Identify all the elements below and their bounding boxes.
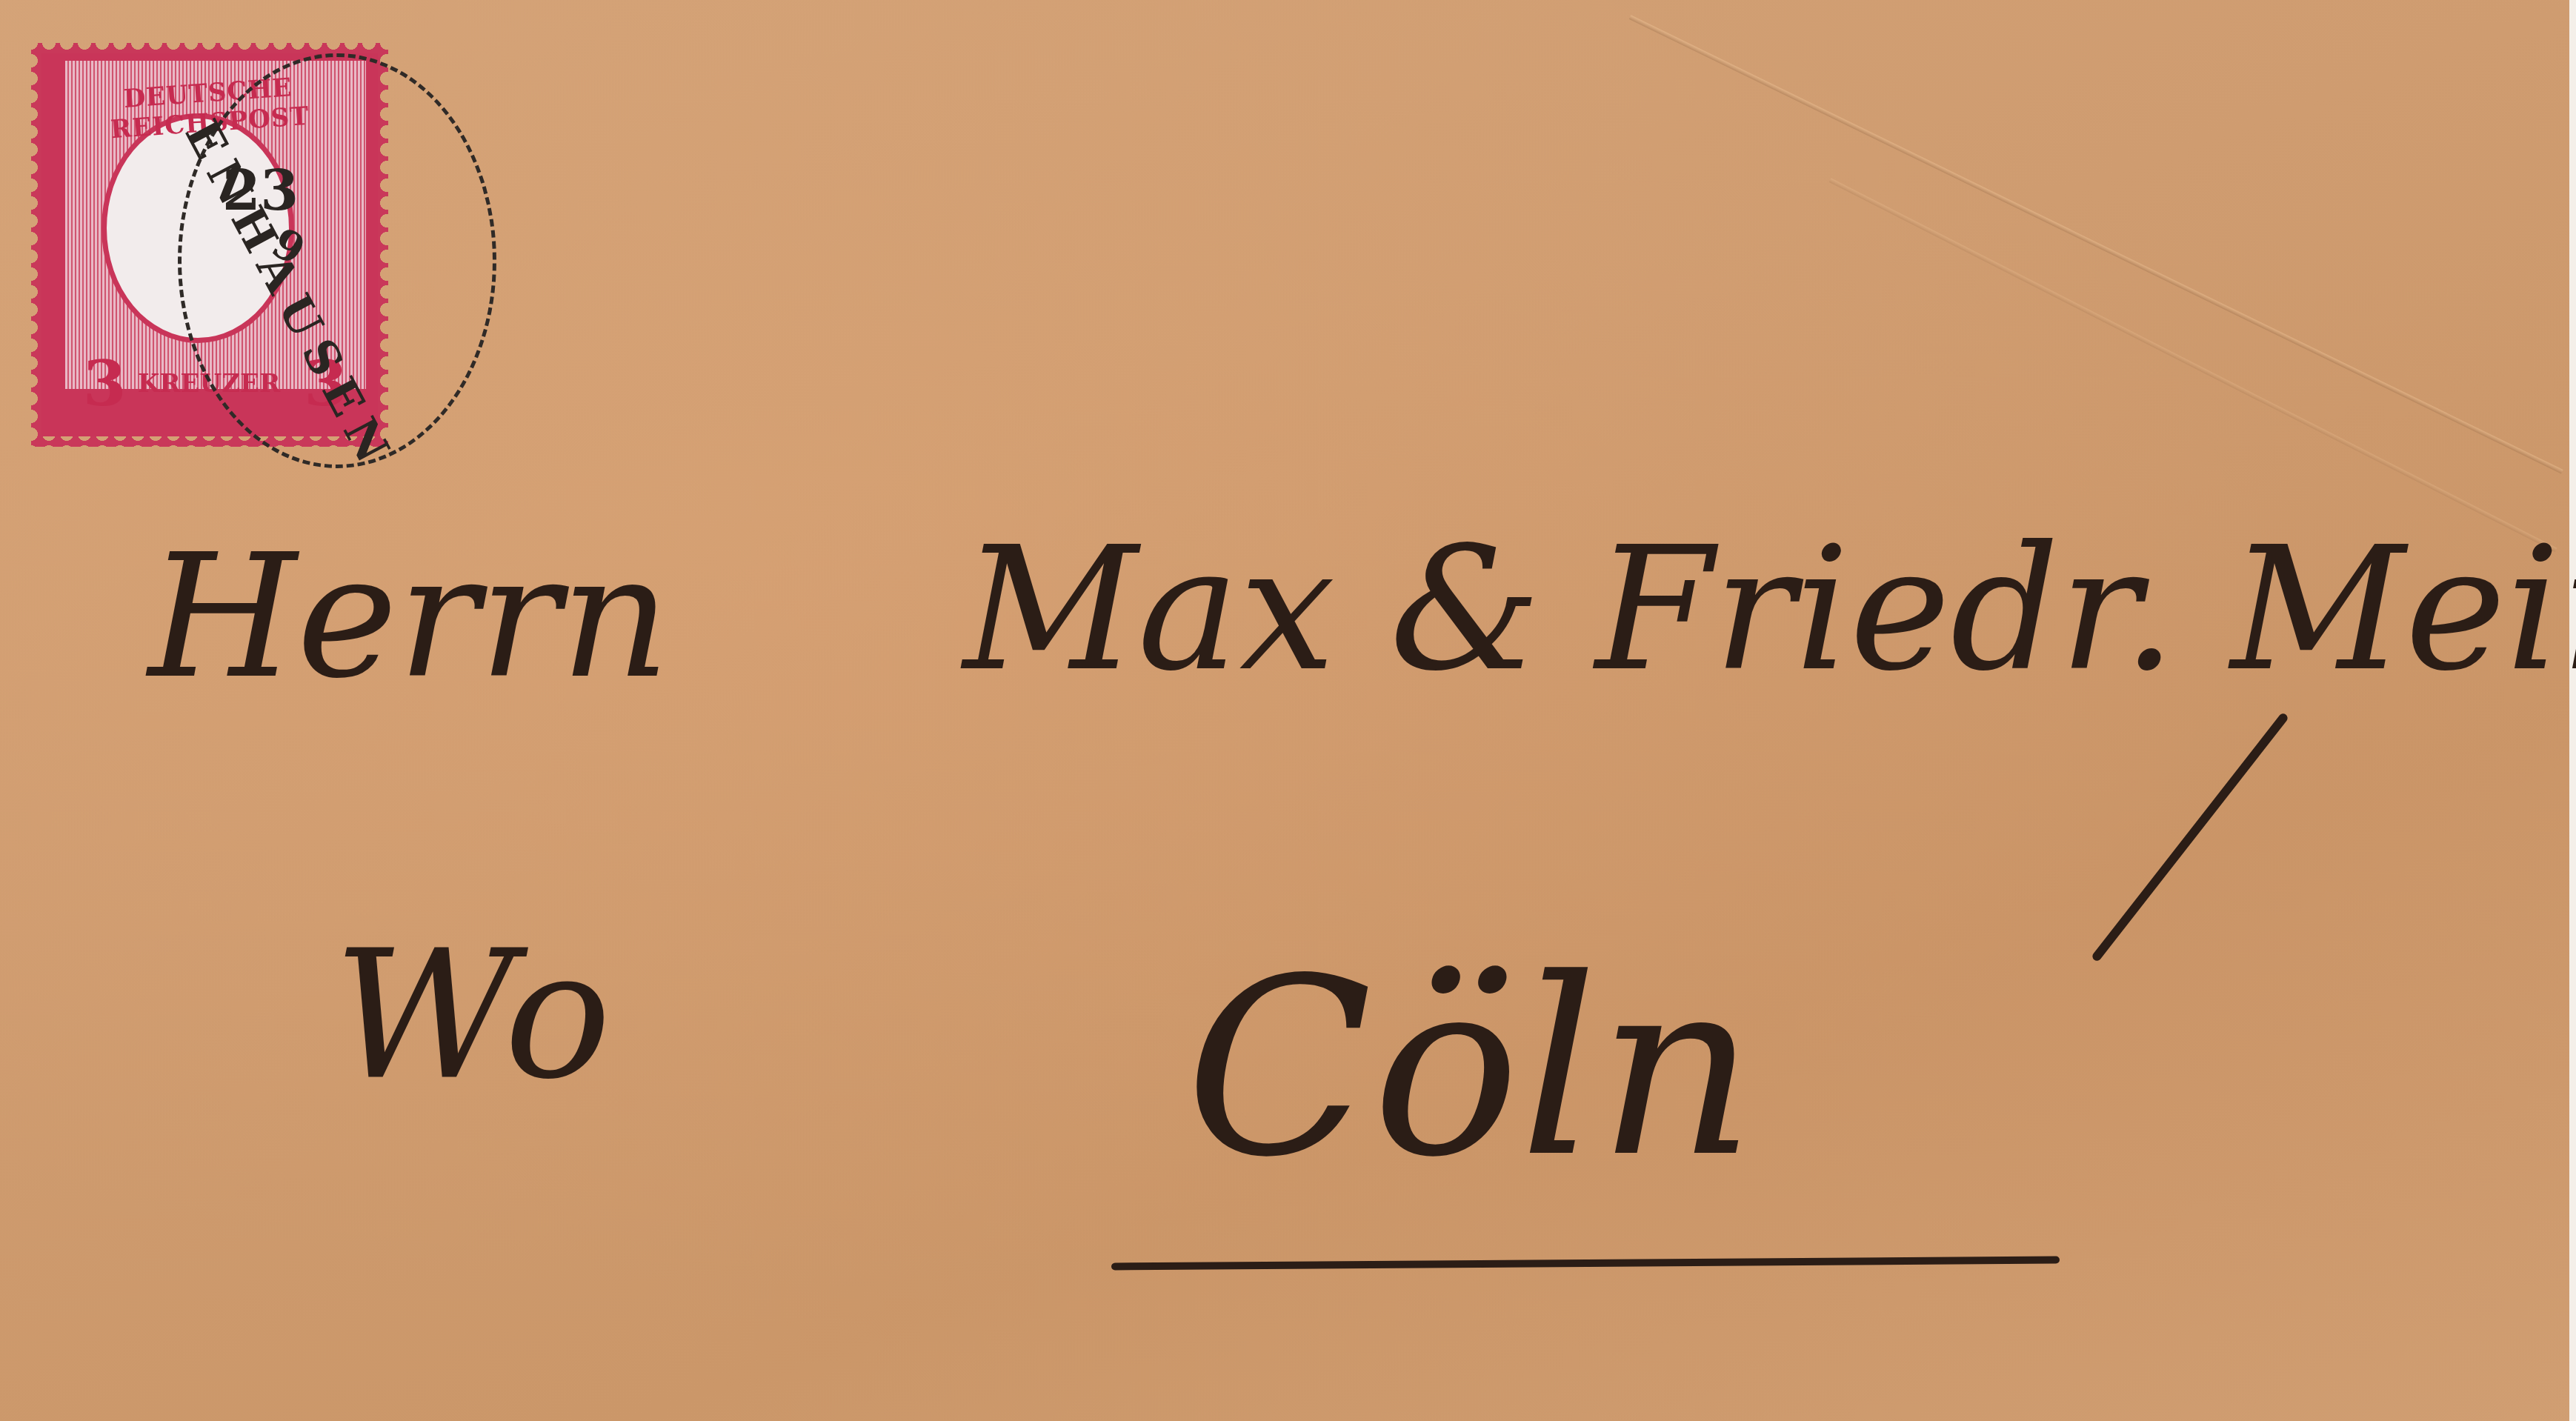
address-recipient: Max & Friedr. Meinertz [963, 511, 2576, 709]
fold-crease [1829, 178, 2557, 552]
scan-border [2569, 0, 2576, 1421]
fold-crease [1629, 15, 2563, 473]
postmark-day: 23 [222, 159, 299, 223]
address-title-abbreviation: Wo [333, 911, 611, 1119]
address-city: Cöln [1185, 926, 1755, 1211]
address-salutation: Herrn [148, 519, 670, 716]
stamp-value-left: 3 [83, 347, 126, 420]
